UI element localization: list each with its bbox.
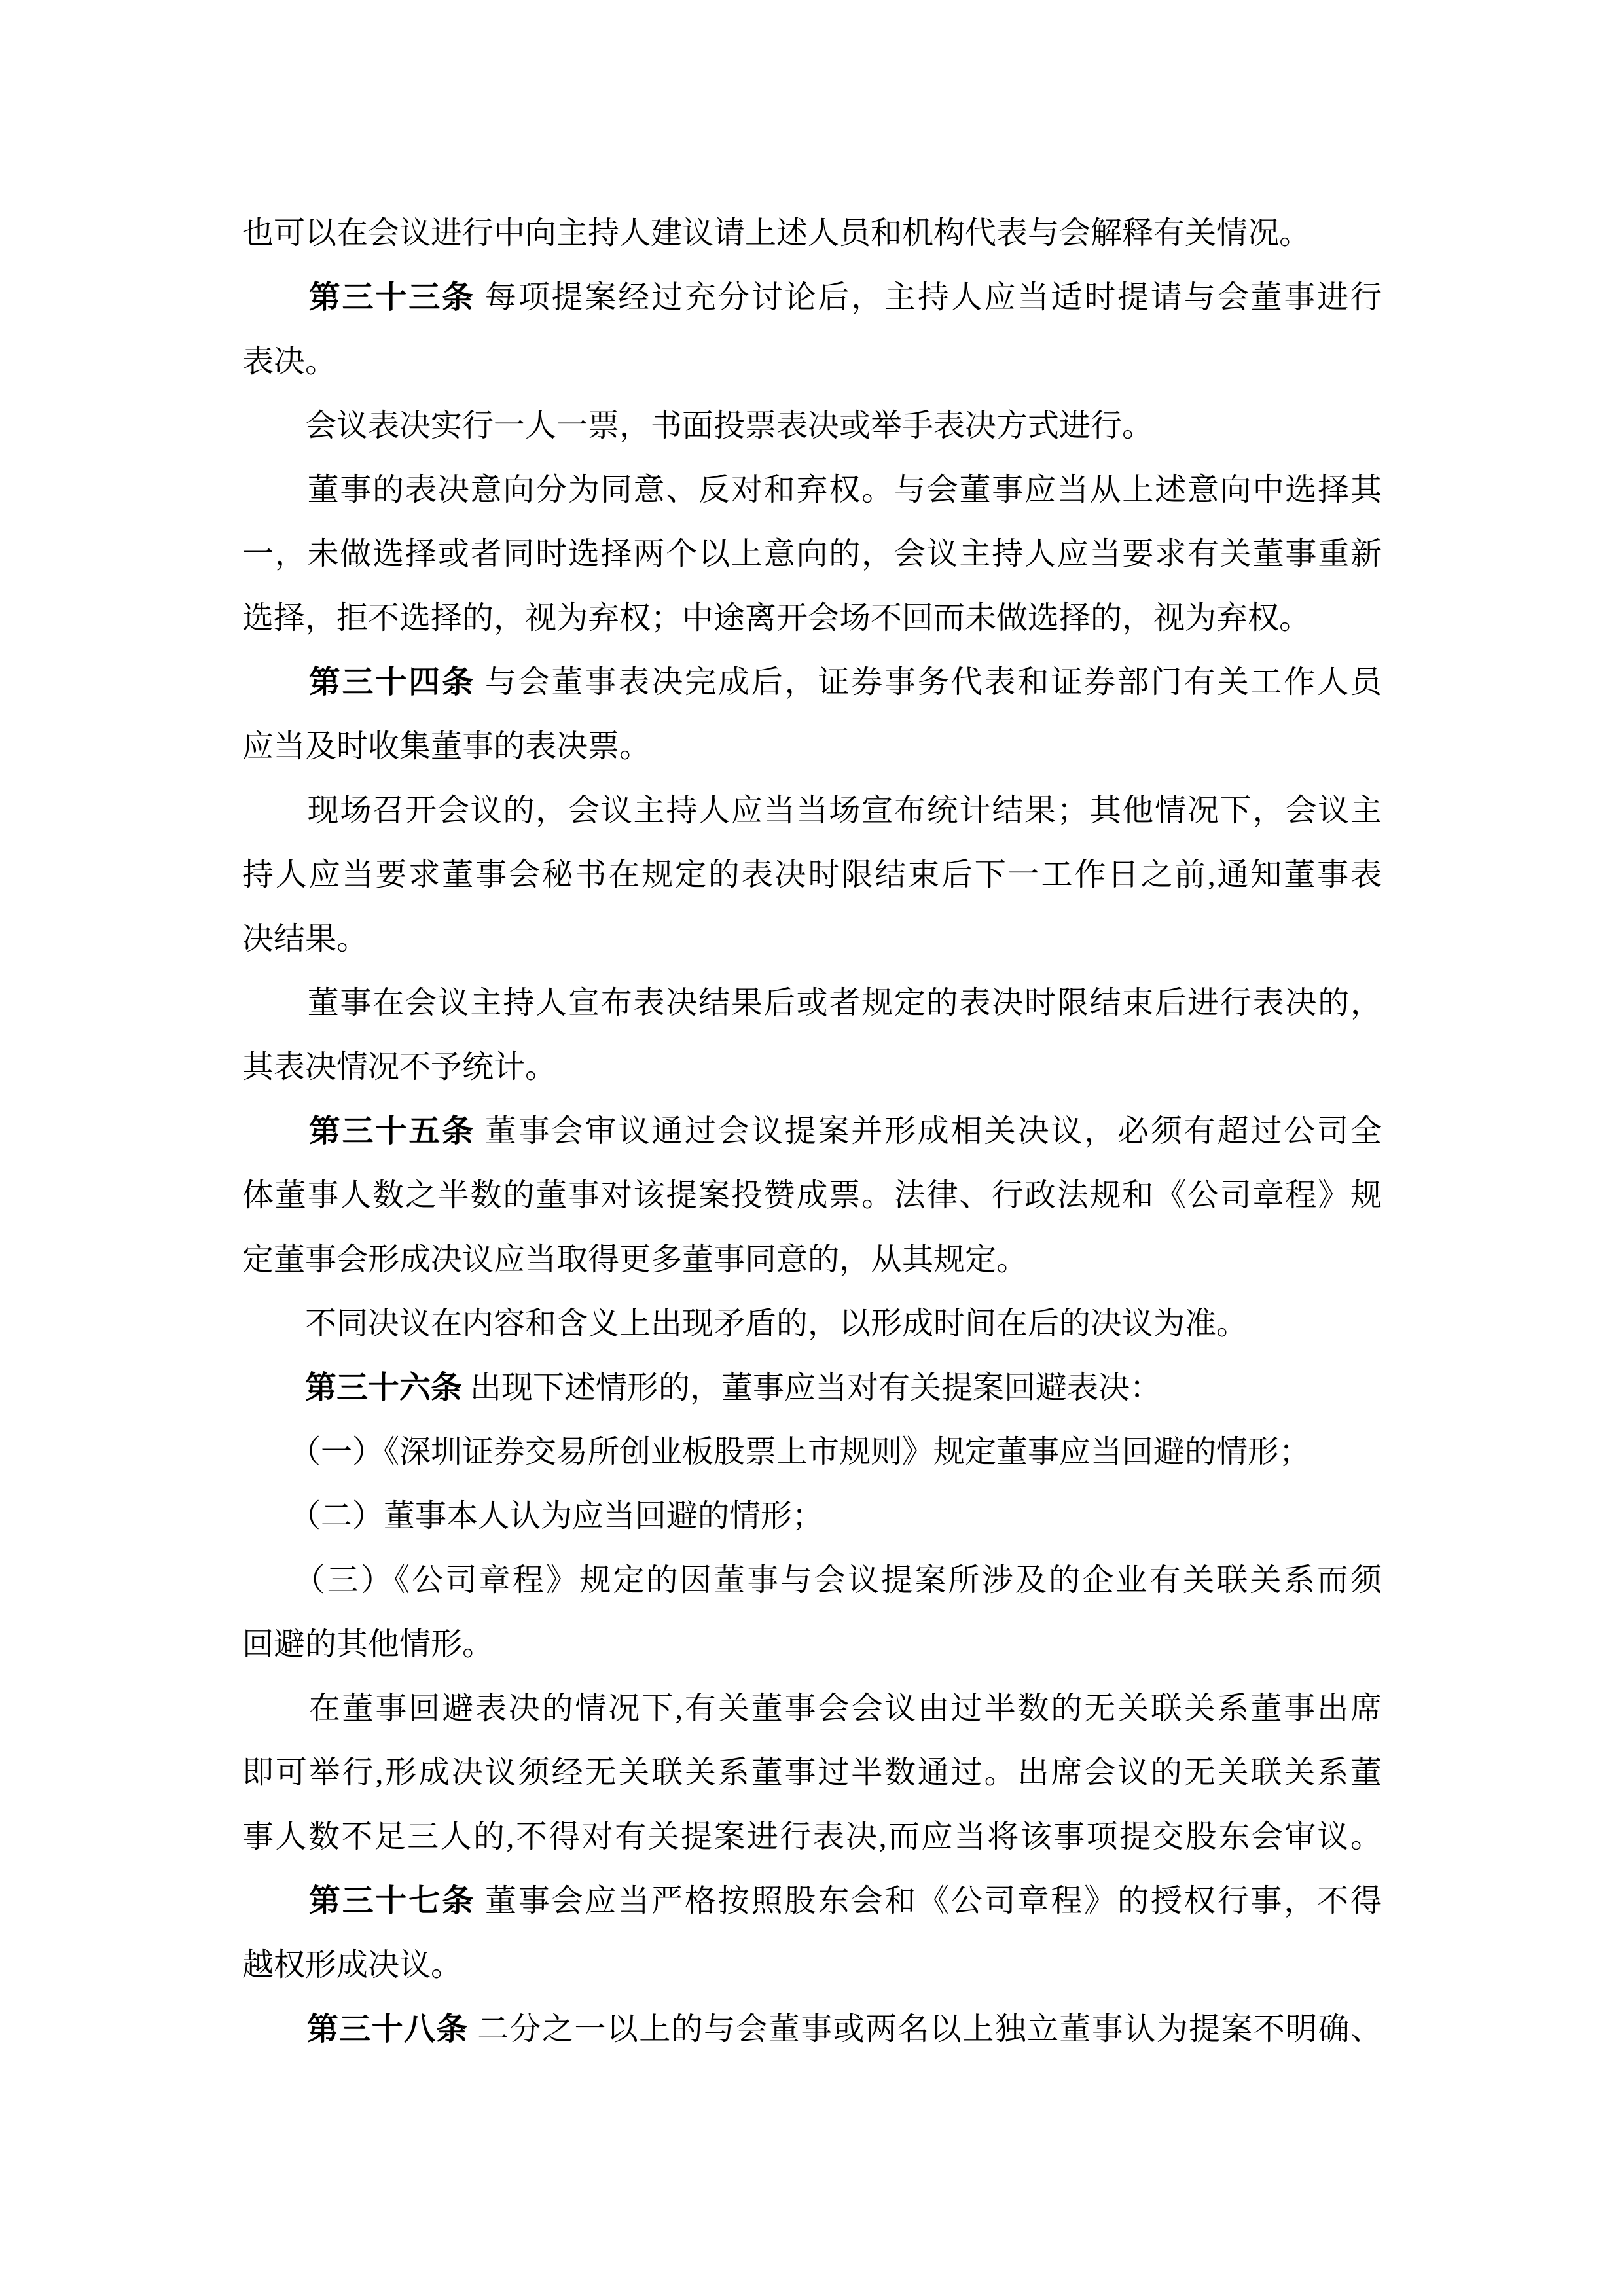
text-line-5: 董事的表决意向分为同意、反对和弃权。与会董事应当从上述意向中选择其 bbox=[242, 458, 1382, 522]
text-segment: 董事的表决意向分为同意、反对和弃权。与会董事应当从上述意向中选择其 bbox=[242, 473, 1382, 507]
text-line-27: 第三十七条 董事会应当严格按照股东会和《公司章程》的授权行事，不得 bbox=[242, 1869, 1382, 1933]
text-segment: 会议表决实行一人一票，书面投票表决或举手表决方式进行。 bbox=[242, 408, 1153, 443]
text-segment: 越权形成决议。 bbox=[242, 1948, 462, 1982]
text-segment: 董事会应当严格按照股东会和《公司章程》的授权行事，不得 bbox=[475, 1884, 1382, 1918]
text-segment bbox=[242, 1884, 309, 1918]
text-line-17: 定董事会形成决议应当取得更多董事同意的，从其规定。 bbox=[242, 1228, 1382, 1292]
text-segment: 回避的其他情形。 bbox=[242, 1627, 494, 1662]
text-segment: 每项提案经过充分讨论后，主持人应当适时提请与会董事进行 bbox=[475, 280, 1382, 315]
text-line-20: （一）《深圳证券交易所创业板股票上市规则》规定董事应当回避的情形； bbox=[242, 1420, 1382, 1484]
text-body: 也可以在会议进行中向主持人建议请上述人员和机构代表与会解释有关情况。 第三十三条… bbox=[242, 202, 1382, 2062]
text-segment: （二）董事本人认为应当回避的情形； bbox=[242, 1499, 823, 1534]
text-line-12: 决结果。 bbox=[242, 907, 1382, 971]
text-line-15: 第三十五条 董事会审议通过会议提案并形成相关决议，必须有超过公司全 bbox=[242, 1100, 1382, 1164]
text-segment: 选择，拒不选择的，视为弃权；中途离开会场不回而未做选择的，视为弃权。 bbox=[242, 601, 1310, 636]
text-segment: 一，未做选择或者同时选择两个以上意向的，会议主持人应当要求有关董事重新 bbox=[242, 537, 1382, 571]
text-line-26: 事人数不足三人的,不得对有关提案进行表决,而应当将该事项提交股东会审议。 bbox=[242, 1805, 1382, 1869]
text-line-2: 第三十三条 每项提案经过充分讨论后，主持人应当适时提请与会董事进行 bbox=[242, 266, 1382, 330]
text-segment bbox=[242, 2012, 307, 2047]
text-line-22: （三）《公司章程》规定的因董事与会议提案所涉及的企业有关联关系而须 bbox=[242, 1549, 1382, 1613]
article-number-heading: 第三十四条 bbox=[309, 665, 475, 700]
text-segment: 应当及时收集董事的表决票。 bbox=[242, 729, 651, 764]
text-segment: 董事在会议主持人宣布表决结果后或者规定的表决时限结束后进行表决的， bbox=[242, 986, 1382, 1020]
text-line-23: 回避的其他情形。 bbox=[242, 1613, 1382, 1677]
text-segment: 出现下述情形的，董事应当对有关提案回避表决： bbox=[462, 1371, 1161, 1405]
text-segment: 体董事人数之半数的董事对该提案投赞成票。法律、行政法规和《公司章程》规 bbox=[242, 1178, 1382, 1213]
text-segment: 表决。 bbox=[242, 344, 336, 379]
text-line-4: 会议表决实行一人一票，书面投票表决或举手表决方式进行。 bbox=[242, 394, 1382, 458]
text-line-7: 选择，拒不选择的，视为弃权；中途离开会场不回而未做选择的，视为弃权。 bbox=[242, 586, 1382, 651]
article-number-heading: 第三十五条 bbox=[309, 1114, 475, 1149]
text-segment bbox=[242, 280, 309, 315]
text-segment bbox=[242, 1114, 309, 1149]
text-line-8: 第三十四条 与会董事表决完成后，证券事务代表和证券部门有关工作人员 bbox=[242, 651, 1382, 715]
text-line-14: 其表决情况不予统计。 bbox=[242, 1035, 1382, 1100]
article-number-heading: 第三十八条 bbox=[307, 2012, 469, 2047]
text-segment: 不同决议在内容和含义上出现矛盾的，以形成时间在后的决议为准。 bbox=[242, 1306, 1248, 1341]
text-segment: 现场召开会议的，会议主持人应当当场宣布统计结果；其他情况下，会议主 bbox=[242, 793, 1382, 828]
text-segment bbox=[242, 665, 309, 700]
text-line-24: 在董事回避表决的情况下,有关董事会会议由过半数的无关联关系董事出席 bbox=[242, 1677, 1382, 1741]
text-segment: （三）《公司章程》规定的因董事与会议提案所涉及的企业有关联关系而须 bbox=[242, 1563, 1382, 1598]
article-number-heading: 第三十七条 bbox=[309, 1884, 475, 1918]
text-line-28: 越权形成决议。 bbox=[242, 1933, 1382, 1998]
text-line-10: 现场召开会议的，会议主持人应当当场宣布统计结果；其他情况下，会议主 bbox=[242, 779, 1382, 843]
text-line-19: 第三十六条 出现下述情形的，董事应当对有关提案回避表决： bbox=[242, 1356, 1382, 1420]
text-segment: 决结果。 bbox=[242, 922, 368, 956]
text-line-11: 持人应当要求董事会秘书在规定的表决时限结束后下一工作日之前,通知董事表 bbox=[242, 843, 1382, 907]
article-number-heading: 第三十六条 bbox=[305, 1371, 462, 1405]
text-segment: 也可以在会议进行中向主持人建议请上述人员和机构代表与会解释有关情况。 bbox=[242, 216, 1310, 251]
text-segment: 定董事会形成决议应当取得更多董事同意的，从其规定。 bbox=[242, 1242, 1028, 1277]
text-segment: 与会董事表决完成后，证券事务代表和证券部门有关工作人员 bbox=[475, 665, 1382, 700]
text-segment: 董事会审议通过会议提案并形成相关决议，必须有超过公司全 bbox=[475, 1114, 1382, 1149]
text-line-1: 也可以在会议进行中向主持人建议请上述人员和机构代表与会解释有关情况。 bbox=[242, 202, 1382, 266]
text-segment: 持人应当要求董事会秘书在规定的表决时限结束后下一工作日之前,通知董事表 bbox=[242, 857, 1382, 892]
text-segment: 二分之一以上的与会董事或两名以上独立董事认为提案不明确、 bbox=[469, 2012, 1382, 2047]
text-segment: 在董事回避表决的情况下,有关董事会会议由过半数的无关联关系董事出席 bbox=[242, 1691, 1382, 1726]
text-line-9: 应当及时收集董事的表决票。 bbox=[242, 715, 1382, 779]
text-segment: 事人数不足三人的,不得对有关提案进行表决,而应当将该事项提交股东会审议。 bbox=[242, 1820, 1382, 1854]
text-segment bbox=[242, 1371, 305, 1405]
text-segment: （一）《深圳证券交易所创业板股票上市规则》规定董事应当回避的情形； bbox=[242, 1435, 1310, 1469]
article-number-heading: 第三十三条 bbox=[309, 280, 475, 315]
text-line-29: 第三十八条 二分之一以上的与会董事或两名以上独立董事认为提案不明确、 bbox=[242, 1998, 1382, 2062]
text-line-13: 董事在会议主持人宣布表决结果后或者规定的表决时限结束后进行表决的， bbox=[242, 971, 1382, 1035]
text-line-25: 即可举行,形成决议须经无关联关系董事过半数通过。出席会议的无关联关系董 bbox=[242, 1741, 1382, 1805]
text-segment: 即可举行,形成决议须经无关联关系董事过半数通过。出席会议的无关联关系董 bbox=[242, 1755, 1382, 1790]
text-line-16: 体董事人数之半数的董事对该提案投赞成票。法律、行政法规和《公司章程》规 bbox=[242, 1164, 1382, 1228]
document-page: 也可以在会议进行中向主持人建议请上述人员和机构代表与会解释有关情况。 第三十三条… bbox=[0, 0, 1624, 2296]
text-line-3: 表决。 bbox=[242, 330, 1382, 394]
text-line-6: 一，未做选择或者同时选择两个以上意向的，会议主持人应当要求有关董事重新 bbox=[242, 522, 1382, 586]
text-line-21: （二）董事本人认为应当回避的情形； bbox=[242, 1484, 1382, 1549]
text-line-18: 不同决议在内容和含义上出现矛盾的，以形成时间在后的决议为准。 bbox=[242, 1292, 1382, 1356]
text-segment: 其表决情况不予统计。 bbox=[242, 1050, 556, 1085]
